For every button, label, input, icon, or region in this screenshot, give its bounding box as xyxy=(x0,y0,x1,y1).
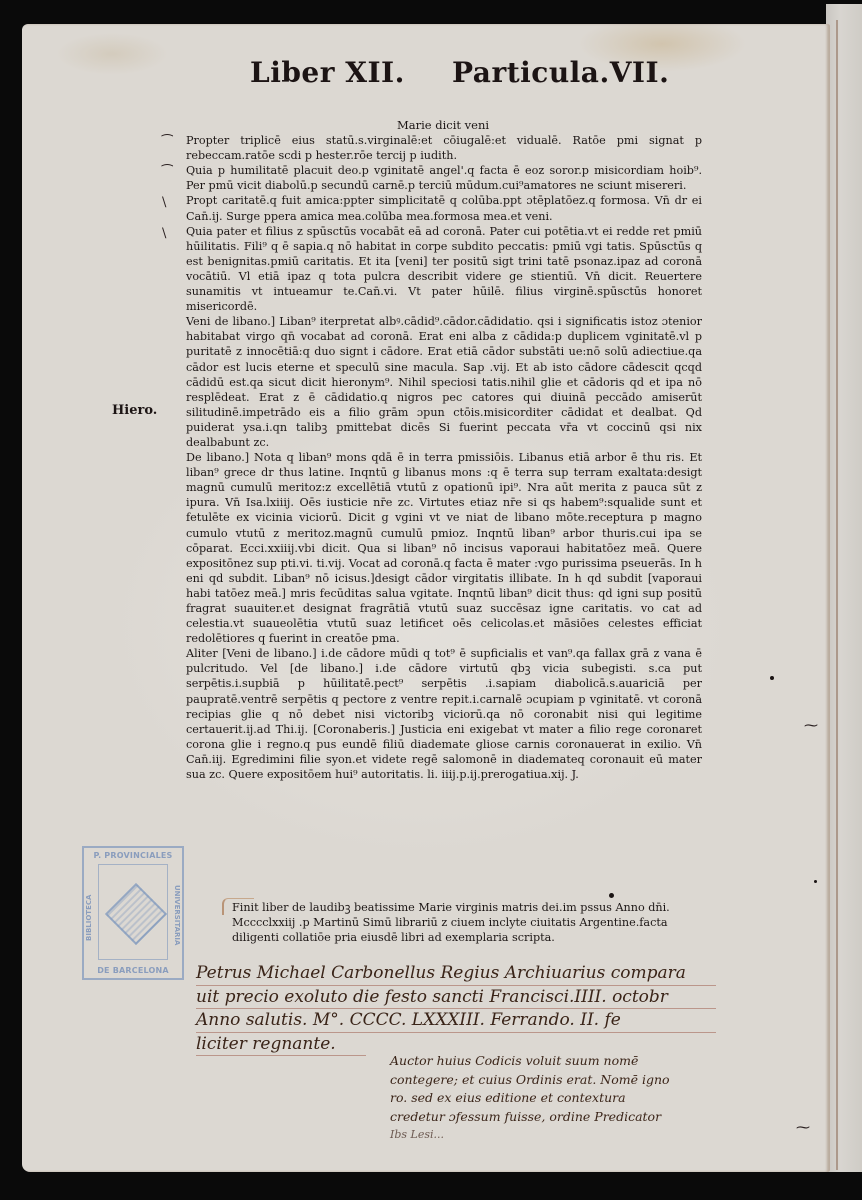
paragraph-text: Quia pater et filius z spūsctūs vocabāt … xyxy=(186,225,702,313)
stamp-bottom-text: DE BARCELONA xyxy=(88,966,178,975)
ink-spot xyxy=(770,676,774,680)
paragraph: De libano.] Nota q liban⁹ mons qdā ē in … xyxy=(176,450,702,646)
section-subhead: Marie dicit veni xyxy=(184,118,702,133)
manuscript-line: uit precio exoluto die festo sancti Fran… xyxy=(196,986,716,1010)
pen-stroke-icon: ⁓ xyxy=(796,1120,810,1136)
paragraph-mark-icon: ⁀ xyxy=(162,135,172,150)
stamp-right-text: UNIVERSITARIA xyxy=(171,870,181,960)
paragraph-mark-icon: ⁀ xyxy=(162,165,172,180)
pen-stroke-icon: ⁓ xyxy=(804,718,818,734)
paragraph: ⁀ Propter triplicē eius statū.s.virginal… xyxy=(176,133,702,163)
manuscript-line: Auctor huius Codicis voluit suum nomē xyxy=(390,1052,740,1071)
text-column: Marie dicit veni ⁀ Propter triplicē eius… xyxy=(176,118,702,782)
stamp-left-text: BIBLIOTECA xyxy=(85,878,95,958)
paragraph: \ Quia pater et filius z spūsctūs vocabā… xyxy=(176,224,702,315)
stamp-top-text: P. PROVINCIALES xyxy=(88,851,178,860)
next-leaf-edge xyxy=(826,4,862,1172)
paragraph-mark-icon: \ xyxy=(162,226,166,241)
paragraph-text: Aliter [Veni de libano.] i.de cādore mūd… xyxy=(186,647,702,781)
paragraph: Aliter [Veni de libano.] i.de cādore mūd… xyxy=(176,646,702,782)
manuscript-line: contegere; et cuius Ordinis erat. Nomē i… xyxy=(390,1071,740,1090)
paragraph-text: De libano.] Nota q liban⁹ mons qdā ē in … xyxy=(186,451,702,645)
manuscript-line-faded: Ibs Lesi... xyxy=(390,1126,740,1145)
paragraph: \ Propt caritatē.q fuit amica:ppter simp… xyxy=(176,193,702,223)
manuscript-line: ro. sed ex eius editione et contextura xyxy=(390,1089,740,1108)
manuscript-line: Petrus Michael Carbonellus Regius Archiu… xyxy=(196,962,716,986)
running-head-section: Particula.VII. xyxy=(452,56,669,89)
page-gutter-edge xyxy=(836,20,838,1170)
ink-spot xyxy=(609,893,614,898)
paragraph: ⁀ Quia p humilitatē placuit deo.p vginit… xyxy=(176,163,702,193)
manuscript-ownership-note: Petrus Michael Carbonellus Regius Archiu… xyxy=(196,962,716,1056)
paragraph-text: Veni de libano.] Liban⁹ iterpretat albꝰ.… xyxy=(186,315,702,449)
library-stamp: P. PROVINCIALES BIBLIOTECA UNIVERSITARIA… xyxy=(82,846,184,980)
manuscript-line: Anno salutis. M°. CCCC. LXXXIII. Ferrand… xyxy=(196,1009,716,1033)
paragraph-text: Propter triplicē eius statū.s.virginalē:… xyxy=(186,134,702,162)
paragraph: Veni de libano.] Liban⁹ iterpretat albꝰ.… xyxy=(176,314,702,450)
running-head-book: Liber XII. xyxy=(250,56,405,89)
paragraph-text: Propt caritatē.q fuit amica:ppter simpli… xyxy=(186,194,702,222)
paragraph-mark-icon: \ xyxy=(162,195,166,210)
manuscript-line: liciter regnante. xyxy=(196,1033,366,1057)
colophon: Finit liber de laudibꝫ beatissime Marie … xyxy=(232,900,674,946)
manuscript-authorship-note: Auctor huius Codicis voluit suum nomē co… xyxy=(390,1052,740,1145)
ink-spot xyxy=(814,880,817,883)
manuscript-line: credetur ɔfessum fuisse, ordine Predicat… xyxy=(390,1108,740,1127)
margin-note-hieronymus: Hiero. xyxy=(112,403,157,418)
paragraph-text: Quia p humilitatē placuit deo.p vginitat… xyxy=(186,164,702,192)
